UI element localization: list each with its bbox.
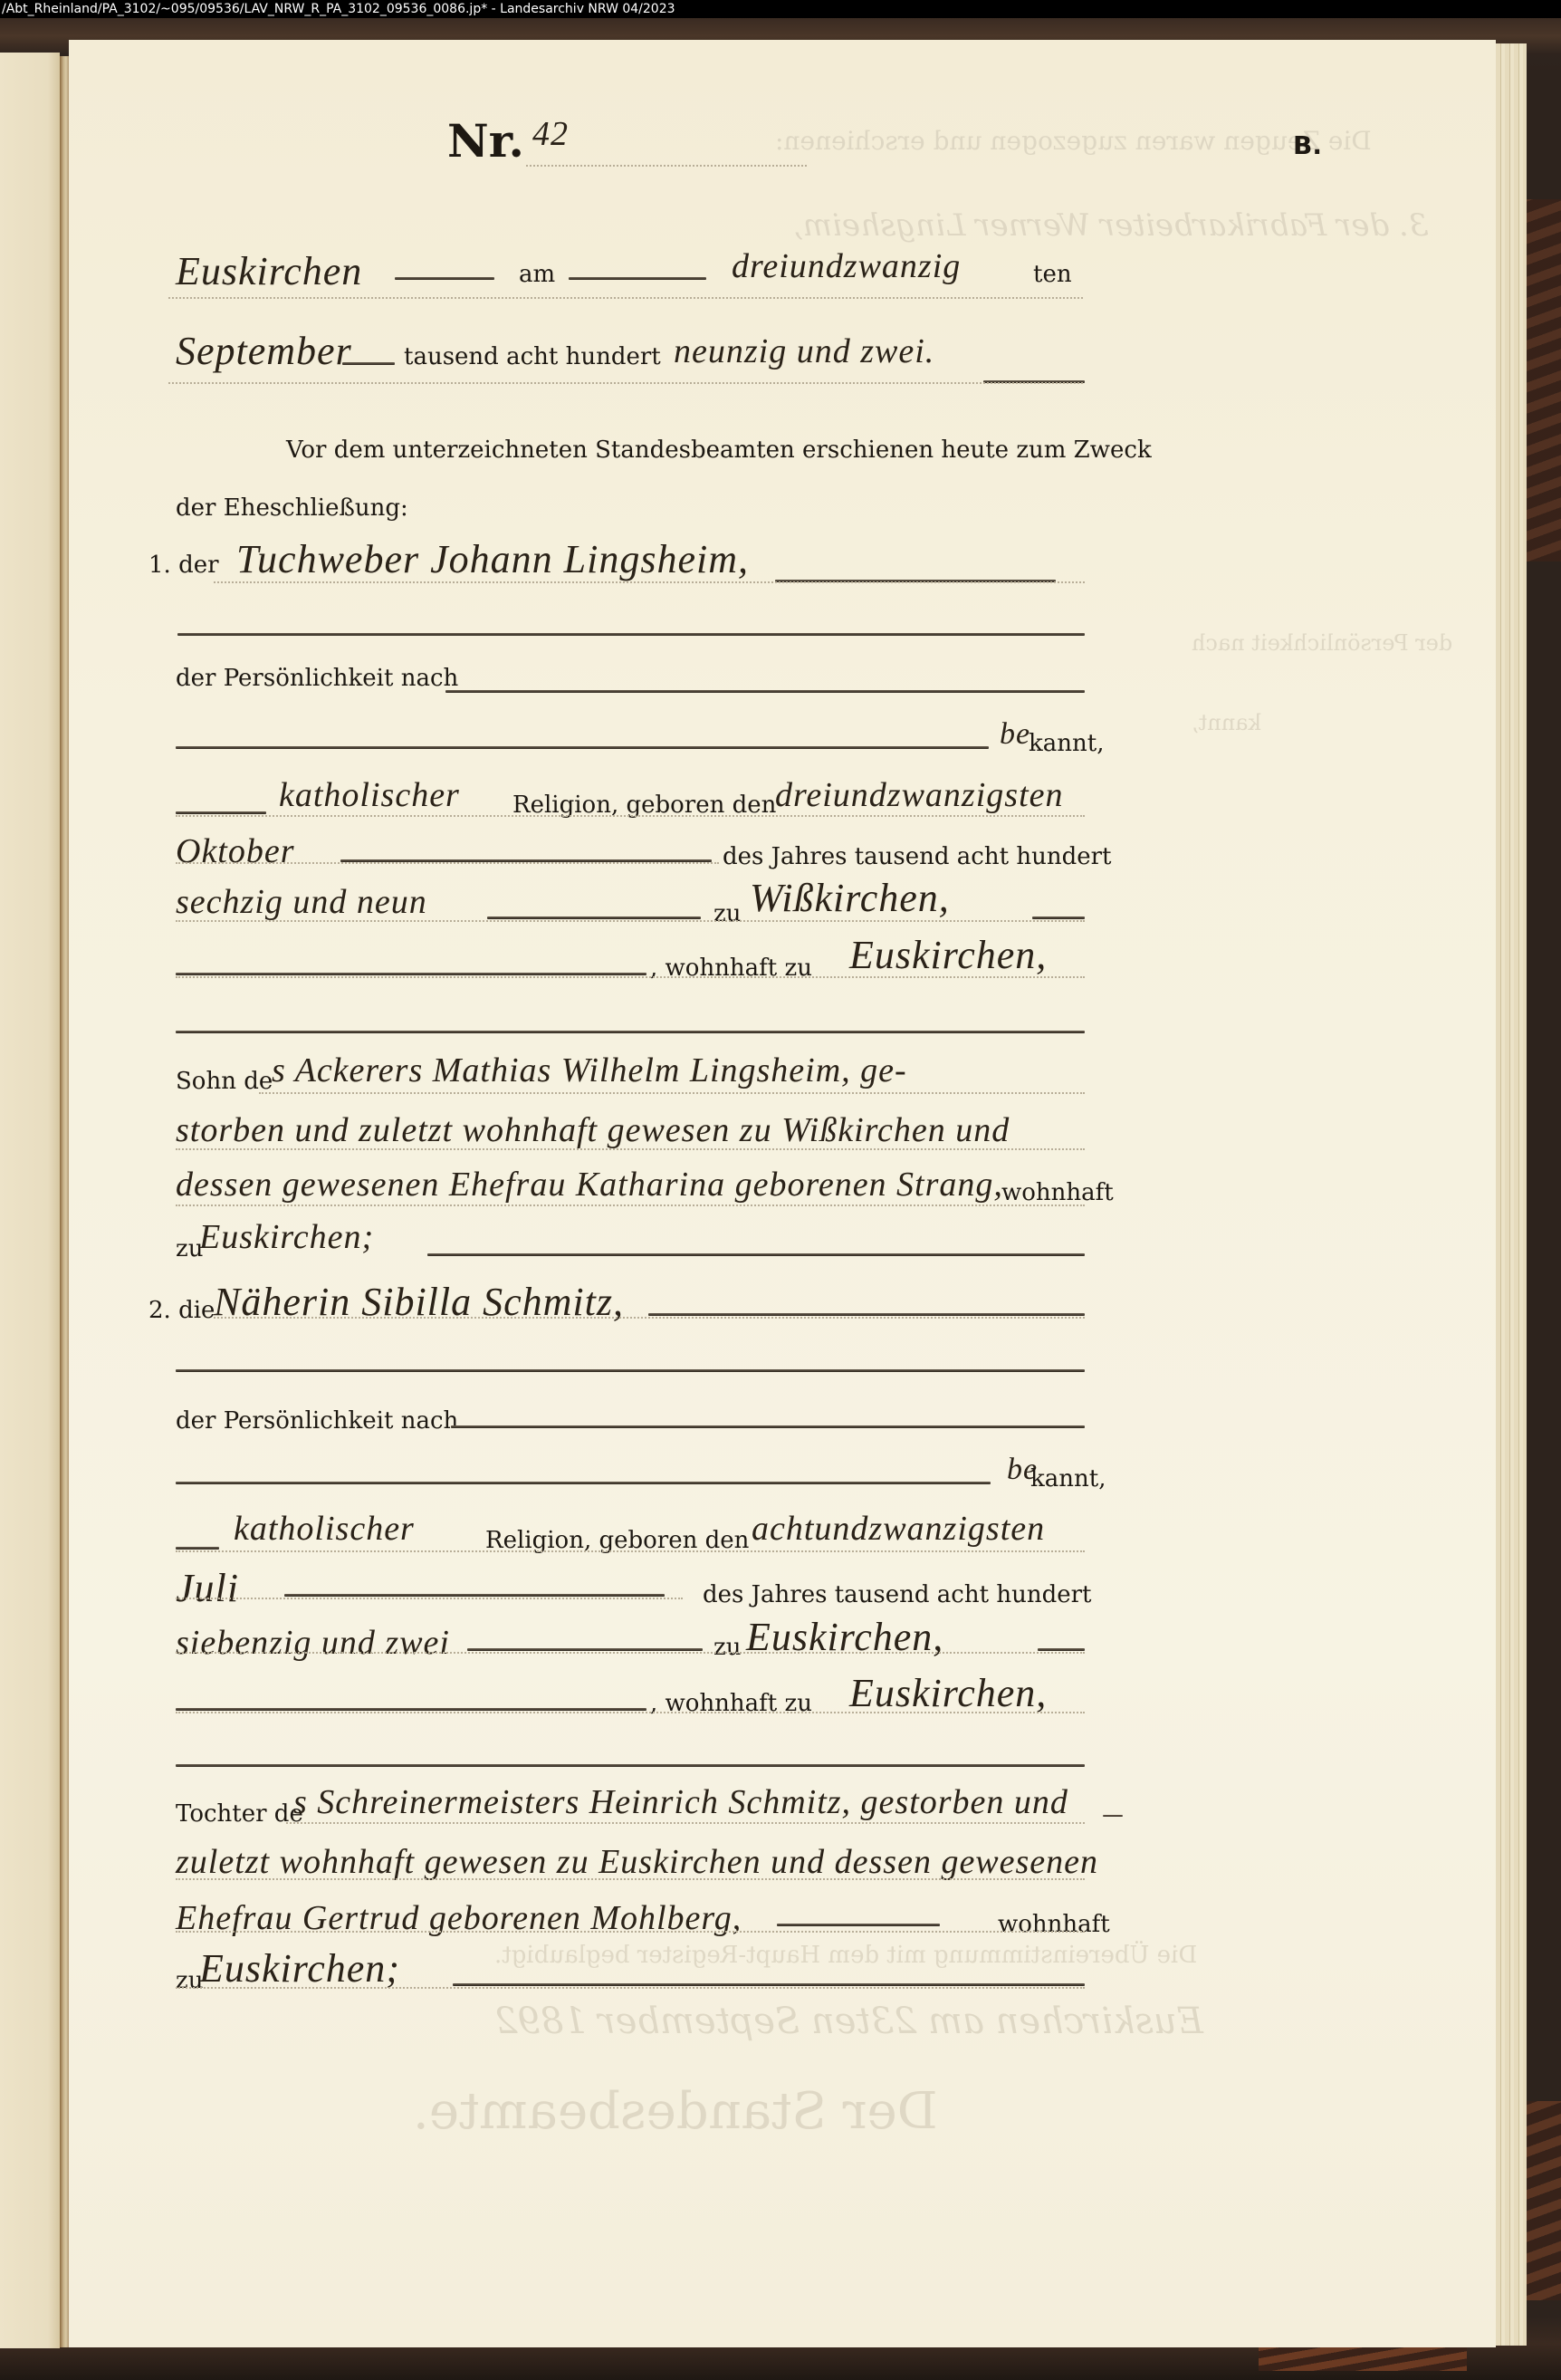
fill-stroke: [445, 690, 1085, 693]
fill-stroke: [451, 1425, 1085, 1428]
handwritten-known-prefix: be: [1000, 717, 1030, 752]
fill-stroke: [176, 1708, 646, 1711]
fill-stroke: [427, 1253, 1085, 1256]
wohnhaft-label: wohnhaft: [998, 1911, 1110, 1938]
bleed-through-text: Die Übereinstimmung mit dem Haupt-Regist…: [494, 1942, 1197, 1969]
handwritten-bride-birth-day: achtundzwanzigsten: [752, 1509, 1045, 1549]
book-gutter: [60, 56, 69, 2347]
fill-line: [176, 1148, 1085, 1150]
handwritten-year: neunzig und zwei.: [674, 331, 934, 371]
handwritten-bride-birth-year: siebenzig und zwei: [176, 1623, 450, 1663]
record-number-label: Nr.: [447, 114, 524, 168]
bleed-through-text: Euskirchen am 23ten September 1892: [494, 2001, 1203, 2042]
fill-line: [176, 862, 719, 864]
handwritten-groom-parents: storben und zuletzt wohnhaft gewesen zu …: [176, 1110, 1010, 1150]
fill-line: [259, 1092, 1085, 1094]
handwritten-groom-parents-residence: Euskirchen;: [199, 1217, 374, 1257]
fill-stroke: [777, 1924, 940, 1926]
page-stack-edges: [1496, 43, 1527, 2346]
handwritten-bride-birth-month: Juli: [176, 1565, 239, 1611]
handwritten-groom-birth-month: Oktober: [176, 831, 295, 871]
handwritten-bride-parents: zuletzt wohnhaft gewesen zu Euskirchen u…: [176, 1842, 1098, 1882]
fill-line: [176, 1712, 1085, 1713]
fill-stroke: [487, 916, 701, 919]
fill-line: [176, 1652, 1085, 1654]
handwritten-groom-birth-year: sechzig und neun: [176, 882, 427, 922]
record-number-value: 42: [532, 114, 569, 154]
fill-stroke: [395, 277, 494, 280]
handwritten-groom-parents: dessen gewesenen Ehefrau Katharina gebor…: [176, 1165, 1003, 1204]
fill-line: [176, 1204, 1085, 1206]
daughter-of-label: Tochter de: [176, 1800, 303, 1828]
fill-stroke: [177, 633, 1085, 636]
bleed-through-text: 3. der Fabrikarbeiter Werner Lingsheim,: [793, 207, 1429, 244]
year-label: tausend acht hundert: [404, 343, 661, 370]
fill-stroke: [1038, 1648, 1085, 1651]
wohnhaft-label: wohnhaft: [1001, 1179, 1114, 1206]
bride-identity-label: der Persönlichkeit nach: [176, 1407, 458, 1435]
known-label: kannt,: [1030, 1465, 1106, 1492]
son-of-label: Sohn de: [176, 1068, 273, 1095]
bleed-through-text: Die Zeugen waren zugezogen und erschiene…: [775, 126, 1372, 156]
fill-stroke: [176, 973, 646, 975]
fill-stroke: [176, 746, 989, 749]
fill-stroke: [569, 277, 706, 280]
form-letter: B.: [1293, 130, 1322, 160]
fill-stroke: [1032, 916, 1085, 919]
left-page-edge: [0, 53, 60, 2348]
fill-line: [176, 920, 1085, 922]
handwritten-month: September: [176, 328, 352, 374]
birthplace-label: zu: [713, 900, 741, 927]
handwritten-place: Euskirchen: [176, 248, 362, 294]
fill-line: [176, 1598, 683, 1599]
ten-label: ten: [1033, 261, 1072, 288]
fill-stroke: [176, 1482, 991, 1484]
fill-line: [176, 1931, 1085, 1933]
fill-stroke: [176, 1764, 1085, 1767]
fill-line: [214, 1317, 1085, 1319]
bleed-through-text: kannt,: [1192, 710, 1261, 735]
fill-line: [176, 1878, 1085, 1880]
groom-index-label: 1. der: [148, 552, 219, 579]
handwritten-groom-name: Tuchweber Johann Lingsheim,: [236, 536, 749, 582]
window-title-bar: /Abt_Rheinland/PA_3102/~095/09536/LAV_NR…: [0, 0, 1561, 18]
handwritten-day: dreiundzwanzig: [732, 246, 961, 286]
groom-identity-label: der Persönlichkeit nach: [176, 665, 458, 692]
birth-year-label: des Jahres tausend acht hundert: [703, 1581, 1091, 1608]
birth-year-label: des Jahres tausend acht hundert: [723, 843, 1111, 870]
birthplace-label: zu: [713, 1634, 741, 1661]
known-label: kannt,: [1029, 730, 1104, 757]
fill-stroke: [648, 1313, 1085, 1316]
fill-stroke: [176, 1547, 219, 1550]
intro-line-1: Vor dem unterzeichneten Standesbeamten e…: [286, 437, 1152, 464]
am-label: am: [519, 261, 555, 288]
fill-stroke: [453, 1983, 1085, 1986]
register-page: Die Zeugen waren zugezogen und erschiene…: [69, 40, 1496, 2347]
fill-line: [176, 1550, 1085, 1552]
fill-line: [176, 1987, 1085, 1989]
fill-stroke: [284, 1594, 665, 1597]
intro-line-2: der Eheschließung:: [176, 494, 408, 522]
window-title: /Abt_Rheinland/PA_3102/~095/09536/LAV_NR…: [2, 2, 675, 16]
fill-line: [176, 815, 1085, 817]
fill-line: [526, 165, 807, 167]
bleed-through-text: Der Standesbeamte.: [413, 2082, 938, 2141]
fill-line: [168, 297, 1083, 299]
fill-stroke: [467, 1648, 703, 1651]
fill-line: [214, 581, 1085, 583]
fill-stroke: [1103, 1815, 1123, 1817]
handwritten-bride-parents-residence: Euskirchen;: [199, 1945, 400, 1991]
fill-line: [176, 976, 1085, 978]
handwritten-bride-religion: katholischer: [234, 1509, 415, 1549]
handwritten-groom-residence: Euskirchen,: [849, 932, 1047, 978]
fill-line: [286, 1822, 1085, 1824]
fill-stroke: [176, 1369, 1085, 1372]
handwritten-groom-birthplace: Wißkirchen,: [750, 875, 950, 921]
handwritten-bride-residence: Euskirchen,: [849, 1670, 1047, 1716]
fill-stroke: [342, 362, 395, 365]
fill-stroke: [176, 1031, 1085, 1033]
fill-stroke: [176, 811, 266, 814]
handwritten-groom-birth-day: dreiundzwanzigsten: [775, 775, 1064, 815]
handwritten-bride-parents: s Schreinermeisters Heinrich Schmitz, ge…: [293, 1782, 1068, 1822]
bride-index-label: 2. die: [148, 1297, 215, 1324]
handwritten-groom-religion: katholischer: [279, 775, 460, 815]
bleed-through-text: der Persönlichkeit nach: [1192, 630, 1452, 656]
binding-edge-decoration: [1259, 2344, 1467, 2371]
fill-line: [168, 382, 1083, 384]
handwritten-groom-parents: s Ackerers Mathias Wilhelm Lingsheim, ge…: [272, 1051, 907, 1090]
